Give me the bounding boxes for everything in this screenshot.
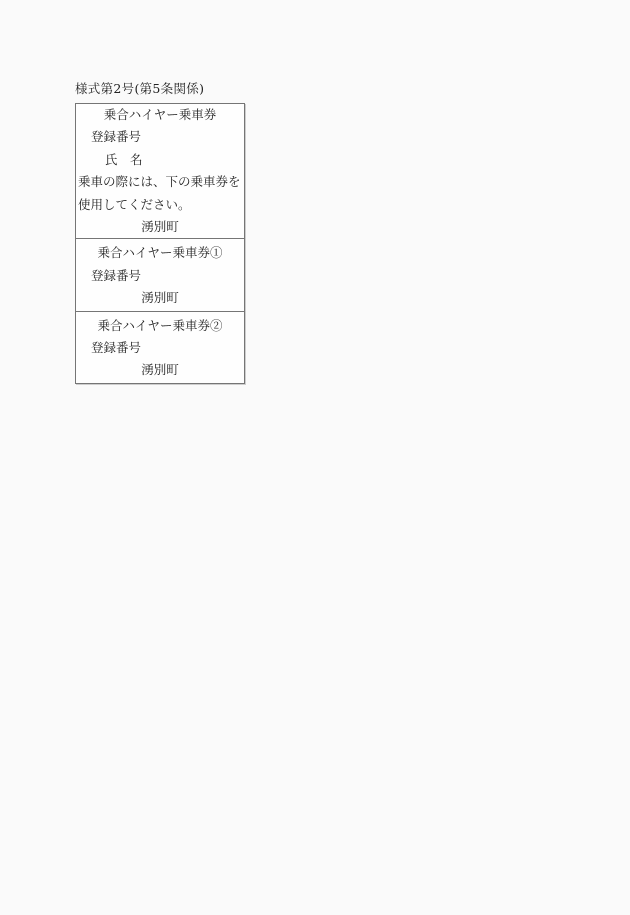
registration-number-label: 登録番号: [76, 265, 244, 287]
issuer-name: 湧別町: [76, 216, 244, 238]
document-page: 様式第2号(第5条関係) 乗合ハイヤー乗車券 登録番号 氏 名 乗車の際には、下…: [0, 0, 630, 915]
ticket-section-main: 乗合ハイヤー乗車券 登録番号 氏 名 乗車の際には、下の乗車券を 使用してくださ…: [76, 104, 244, 238]
registration-number-label: 登録番号: [76, 337, 244, 359]
name-label: 氏 名: [76, 149, 244, 171]
ticket-section-2: 乗合ハイヤー乗車券② 登録番号 湧別町: [76, 311, 244, 383]
usage-note-line1: 乗車の際には、下の乗車券を: [76, 171, 244, 193]
registration-number-label: 登録番号: [76, 126, 244, 148]
ticket-title: 乗合ハイヤー乗車券: [76, 104, 244, 126]
issuer-name: 湧別町: [76, 287, 244, 309]
form-number-label: 様式第2号(第5条関係): [75, 82, 204, 96]
ticket-title-1: 乗合ハイヤー乗車券①: [76, 242, 244, 264]
usage-note-line2: 使用してください。: [76, 194, 244, 216]
issuer-name: 湧別町: [76, 359, 244, 381]
ticket-title-2: 乗合ハイヤー乗車券②: [76, 315, 244, 337]
ticket-section-1: 乗合ハイヤー乗車券① 登録番号 湧別町: [76, 238, 244, 310]
ride-ticket-box: 乗合ハイヤー乗車券 登録番号 氏 名 乗車の際には、下の乗車券を 使用してくださ…: [75, 103, 245, 384]
